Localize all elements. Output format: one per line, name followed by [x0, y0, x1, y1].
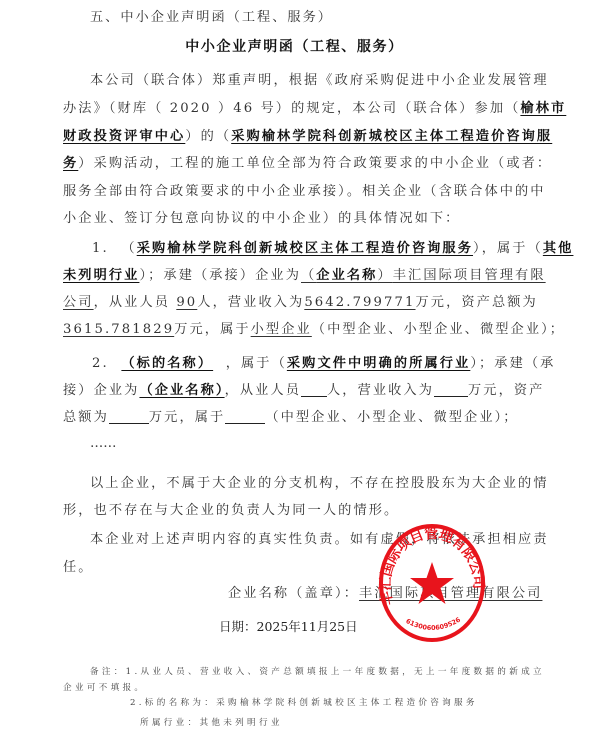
item-number: 1. [92, 241, 109, 256]
item2-industry: 采购文件中明确的所属行业 [287, 356, 470, 371]
agency-name: 榆林市 [520, 101, 566, 116]
agency-name-cont: 财政投资评审中心 [63, 129, 185, 144]
item1-industry-cont: 未列明行业 [63, 268, 139, 283]
declaration-line-4: 任。 [63, 556, 94, 575]
item1-company: （企业名称）丰汇国际项目管理有限 [301, 268, 546, 283]
size-blank [225, 409, 265, 424]
item-text: ，属于（ [226, 356, 287, 371]
paren: （ [121, 241, 136, 256]
company-name: 丰汇国际项目管理有限 [393, 268, 546, 283]
intro-text: ）采购活动，工程的施工单位全部为符合政策要求的中小企业（或者： [78, 156, 552, 171]
employees-value: 90 [176, 295, 197, 310]
item-text: 万元，资产 [468, 383, 544, 398]
item-text: 万元，属于 [174, 322, 250, 337]
company-label: 企业名称 [316, 268, 377, 283]
note-1-cont: 企业可不填报。 [63, 681, 146, 693]
assets-blank [109, 409, 149, 424]
note-2: 2.标的名称为：采购榆林学院科创新城校区主体工程造价咨询服务 [130, 696, 478, 708]
item-text: ）；承建（承接）企业为 [139, 268, 301, 283]
item-text: 人，营业收入为 [327, 383, 434, 398]
item1-line-4: 3615.781829万元，属于小型企业（中型企业、小型企业、微型企业）； [63, 318, 565, 337]
signature-label: 企业名称（盖章）： [228, 586, 359, 601]
employees-blank [301, 382, 327, 397]
item2-subject: （标的名称） [121, 356, 213, 371]
size-value: 小型企业 [251, 322, 312, 337]
item2-line-3: 总额为万元，属于（中型企业、小型企业、微型企业）； [63, 406, 519, 425]
signature-date: 日期：2025年11月25日 [219, 617, 358, 635]
item2-company-label: （企业名称） [139, 383, 224, 398]
item1-line-2: 未列明行业）；承建（承接）企业为（企业名称）丰汇国际项目管理有限 [63, 264, 546, 283]
item-number: 2. [92, 356, 109, 371]
note-1: 备注：1.从业人员、营业收入、资产总额填报上一年度数据，无上一年度数据的新成立 [90, 665, 545, 677]
signature-line: 企业名称（盖章）：丰汇国际项目管理有限公司 [228, 582, 542, 601]
declaration-line-1: 以上企业，不属于大企业的分支机构，不存在控股股东为大企业的情 [90, 472, 549, 491]
project-name: 采购榆林学院科创新城校区主体工程造价咨询服 [231, 129, 552, 144]
intro-text: 办法》（财库（ 2020 ）46 号）的规定，本公司（联合体）参加（ [63, 101, 520, 116]
revenue-blank [434, 382, 468, 397]
project-name-cont: 务 [63, 156, 78, 171]
intro-line-1: 本公司（联合体）郑重声明，根据《政府采购促进中小企业发展管理 [90, 69, 549, 88]
item1-line-3: 公司，从业人员 90人，营业收入为5642.799771万元，资产总额为 [63, 291, 538, 310]
item-text: 人，营业收入为 [197, 295, 304, 310]
ellipsis: …… [90, 436, 116, 451]
intro-line-3: 财政投资评审中心）的（采购榆林学院科创新城校区主体工程造价咨询服 [63, 125, 552, 144]
paren: ） [377, 268, 392, 283]
item-text: ）；承建（承 [470, 356, 555, 371]
intro-line-2: 办法》（财库（ 2020 ）46 号）的规定，本公司（联合体）参加（榆林市 [63, 97, 566, 116]
intro-line-6: 小企业、签订分包意向协议的中小企业）的具体情况如下： [63, 207, 460, 226]
declaration-line-3: 本企业对上述声明内容的真实性负责。如有虚假，将依法承担相应责 [90, 528, 549, 547]
assets-value: 3615.781829 [63, 322, 174, 337]
item-text: 接）企业为 [63, 383, 139, 398]
item-text: ），属于（ [473, 241, 543, 256]
item-text: ，从业人员 [94, 295, 177, 310]
item2-line-2: 接）企业为（企业名称），从业人员人，营业收入为万元，资产 [63, 379, 544, 398]
document-title: 中小企业声明函（工程、服务） [0, 36, 589, 56]
item-text: 总额为 [63, 410, 109, 425]
signature-company: 丰汇国际项目管理有限公司 [359, 586, 542, 601]
section-heading: 五、中小企业声明函（工程、服务） [90, 6, 333, 25]
declaration-line-2: 形，也不存在与大企业的负责人为同一人的情形。 [63, 499, 399, 518]
item1-project: 采购榆林学院科创新城校区主体工程造价咨询服务 [137, 241, 473, 256]
size-options: （中型企业、小型企业、微型企业）； [265, 410, 518, 425]
item-text: 万元，资产总额为 [416, 295, 538, 310]
company-name-cont: 公司 [63, 295, 94, 310]
intro-line-4: 务）采购活动，工程的施工单位全部为符合政策要求的中小企业（或者： [63, 152, 552, 171]
item1-line-1: 1. （采购榆林学院科创新城校区主体工程造价咨询服务），属于（其他 [92, 237, 573, 256]
svg-text:6130060609526: 6130060609526 [404, 615, 462, 632]
paren: （ [301, 268, 316, 283]
item1-industry: 其他 [543, 241, 574, 256]
item2-line-1: 2. （标的名称） ，属于（采购文件中明确的所属行业）；承建（承 [92, 352, 555, 371]
item-text: ，从业人员 [225, 383, 301, 398]
size-options: （中型企业、小型企业、微型企业）； [312, 322, 565, 337]
revenue-value: 5642.799771 [304, 295, 415, 310]
item-text: 万元，属于 [149, 410, 225, 425]
intro-text: ）的（ [185, 129, 231, 144]
note-3: 所属行业：其他未列明行业 [140, 716, 283, 728]
intro-line-5: 服务全部由符合政策要求的中小企业承接）。相关企业（含联合体中的中 [63, 180, 546, 199]
